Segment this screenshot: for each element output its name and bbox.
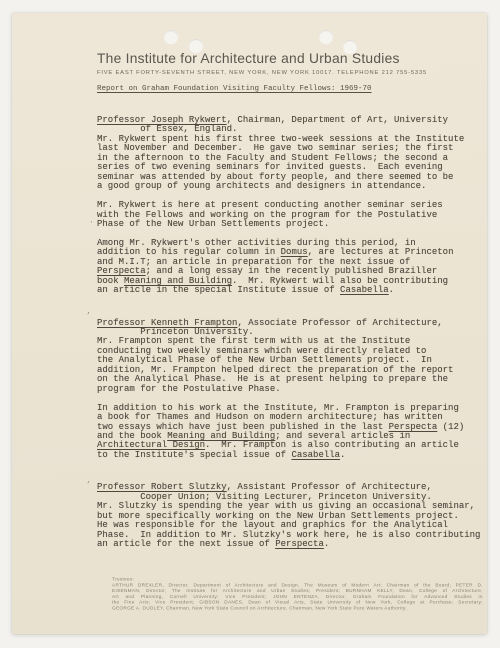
punch-hole [164, 30, 178, 44]
trustees-block: Trustees: ARTHUR DREXLER, Director, Depa… [112, 577, 483, 611]
paragraph: Among Mr. Rykwert's other activities dur… [97, 239, 487, 296]
paragraph: Mr. Rykwert spent his first three two-we… [97, 135, 487, 192]
paragraph: In addition to his work at the Institute… [97, 404, 487, 461]
document-page: The Institute for Architecture and Urban… [12, 13, 487, 634]
text-line: to the Institute's special issue of Casa… [97, 451, 487, 460]
text-line: an article in the special Institute issu… [97, 286, 487, 295]
letterhead-address: FIVE EAST FORTY-SEVENTH STREET, NEW YORK… [97, 70, 427, 76]
letterhead: The Institute for Architecture and Urban… [97, 51, 427, 76]
paragraph: Mr. Rykwert is here at present conductin… [97, 201, 487, 229]
report-title: Report on Graham Foundation Visiting Fac… [97, 85, 372, 93]
report-section: Professor Kenneth Frampton, Associate Pr… [97, 319, 487, 461]
section-heading: Professor Kenneth Frampton, Associate Pr… [97, 319, 487, 338]
pen-mark: ’ [86, 312, 91, 321]
letterhead-title: The Institute for Architecture and Urban… [97, 51, 427, 66]
paragraph: Mr. Slutzky is spending the year with us… [97, 502, 487, 549]
report-body: Professor Joseph Rykwert, Chairman, Depa… [97, 116, 487, 550]
text-line: program for the Postulative Phase. [97, 385, 487, 394]
scan-background: { "colors": { "paper": "#ece4d3", "backg… [0, 0, 500, 648]
report-section: Professor Robert Slutzky, Assistant Prof… [97, 483, 487, 549]
punch-hole [319, 30, 333, 44]
paragraph: Mr. Frampton spent the first term with u… [97, 337, 487, 394]
pen-mark: · [89, 218, 94, 227]
trustees-line: Art and Planning, Cornell University; Vi… [112, 594, 483, 600]
trustees-line: the Fine Arts; Vice President; GIBSON DA… [112, 600, 483, 606]
trustees-line: GEORGE A. DUDLEY, Chairman, New York Sta… [112, 605, 483, 611]
pen-mark: ’ [86, 481, 91, 490]
section-heading: Professor Joseph Rykwert, Chairman, Depa… [97, 116, 487, 135]
text-line: an article for the next issue of Perspec… [97, 540, 487, 549]
trustees-line: EISENMAN, Director, The Institute for Ar… [112, 588, 483, 594]
text-line: Phase of the New Urban Settlements proje… [97, 220, 487, 229]
section-heading: Professor Robert Slutzky, Assistant Prof… [97, 483, 487, 502]
text-line: a good group of young architects and des… [97, 182, 487, 191]
trustees-lines: ARTHUR DREXLER, Director, Department of … [112, 583, 483, 611]
report-section: Professor Joseph Rykwert, Chairman, Depa… [97, 116, 487, 296]
